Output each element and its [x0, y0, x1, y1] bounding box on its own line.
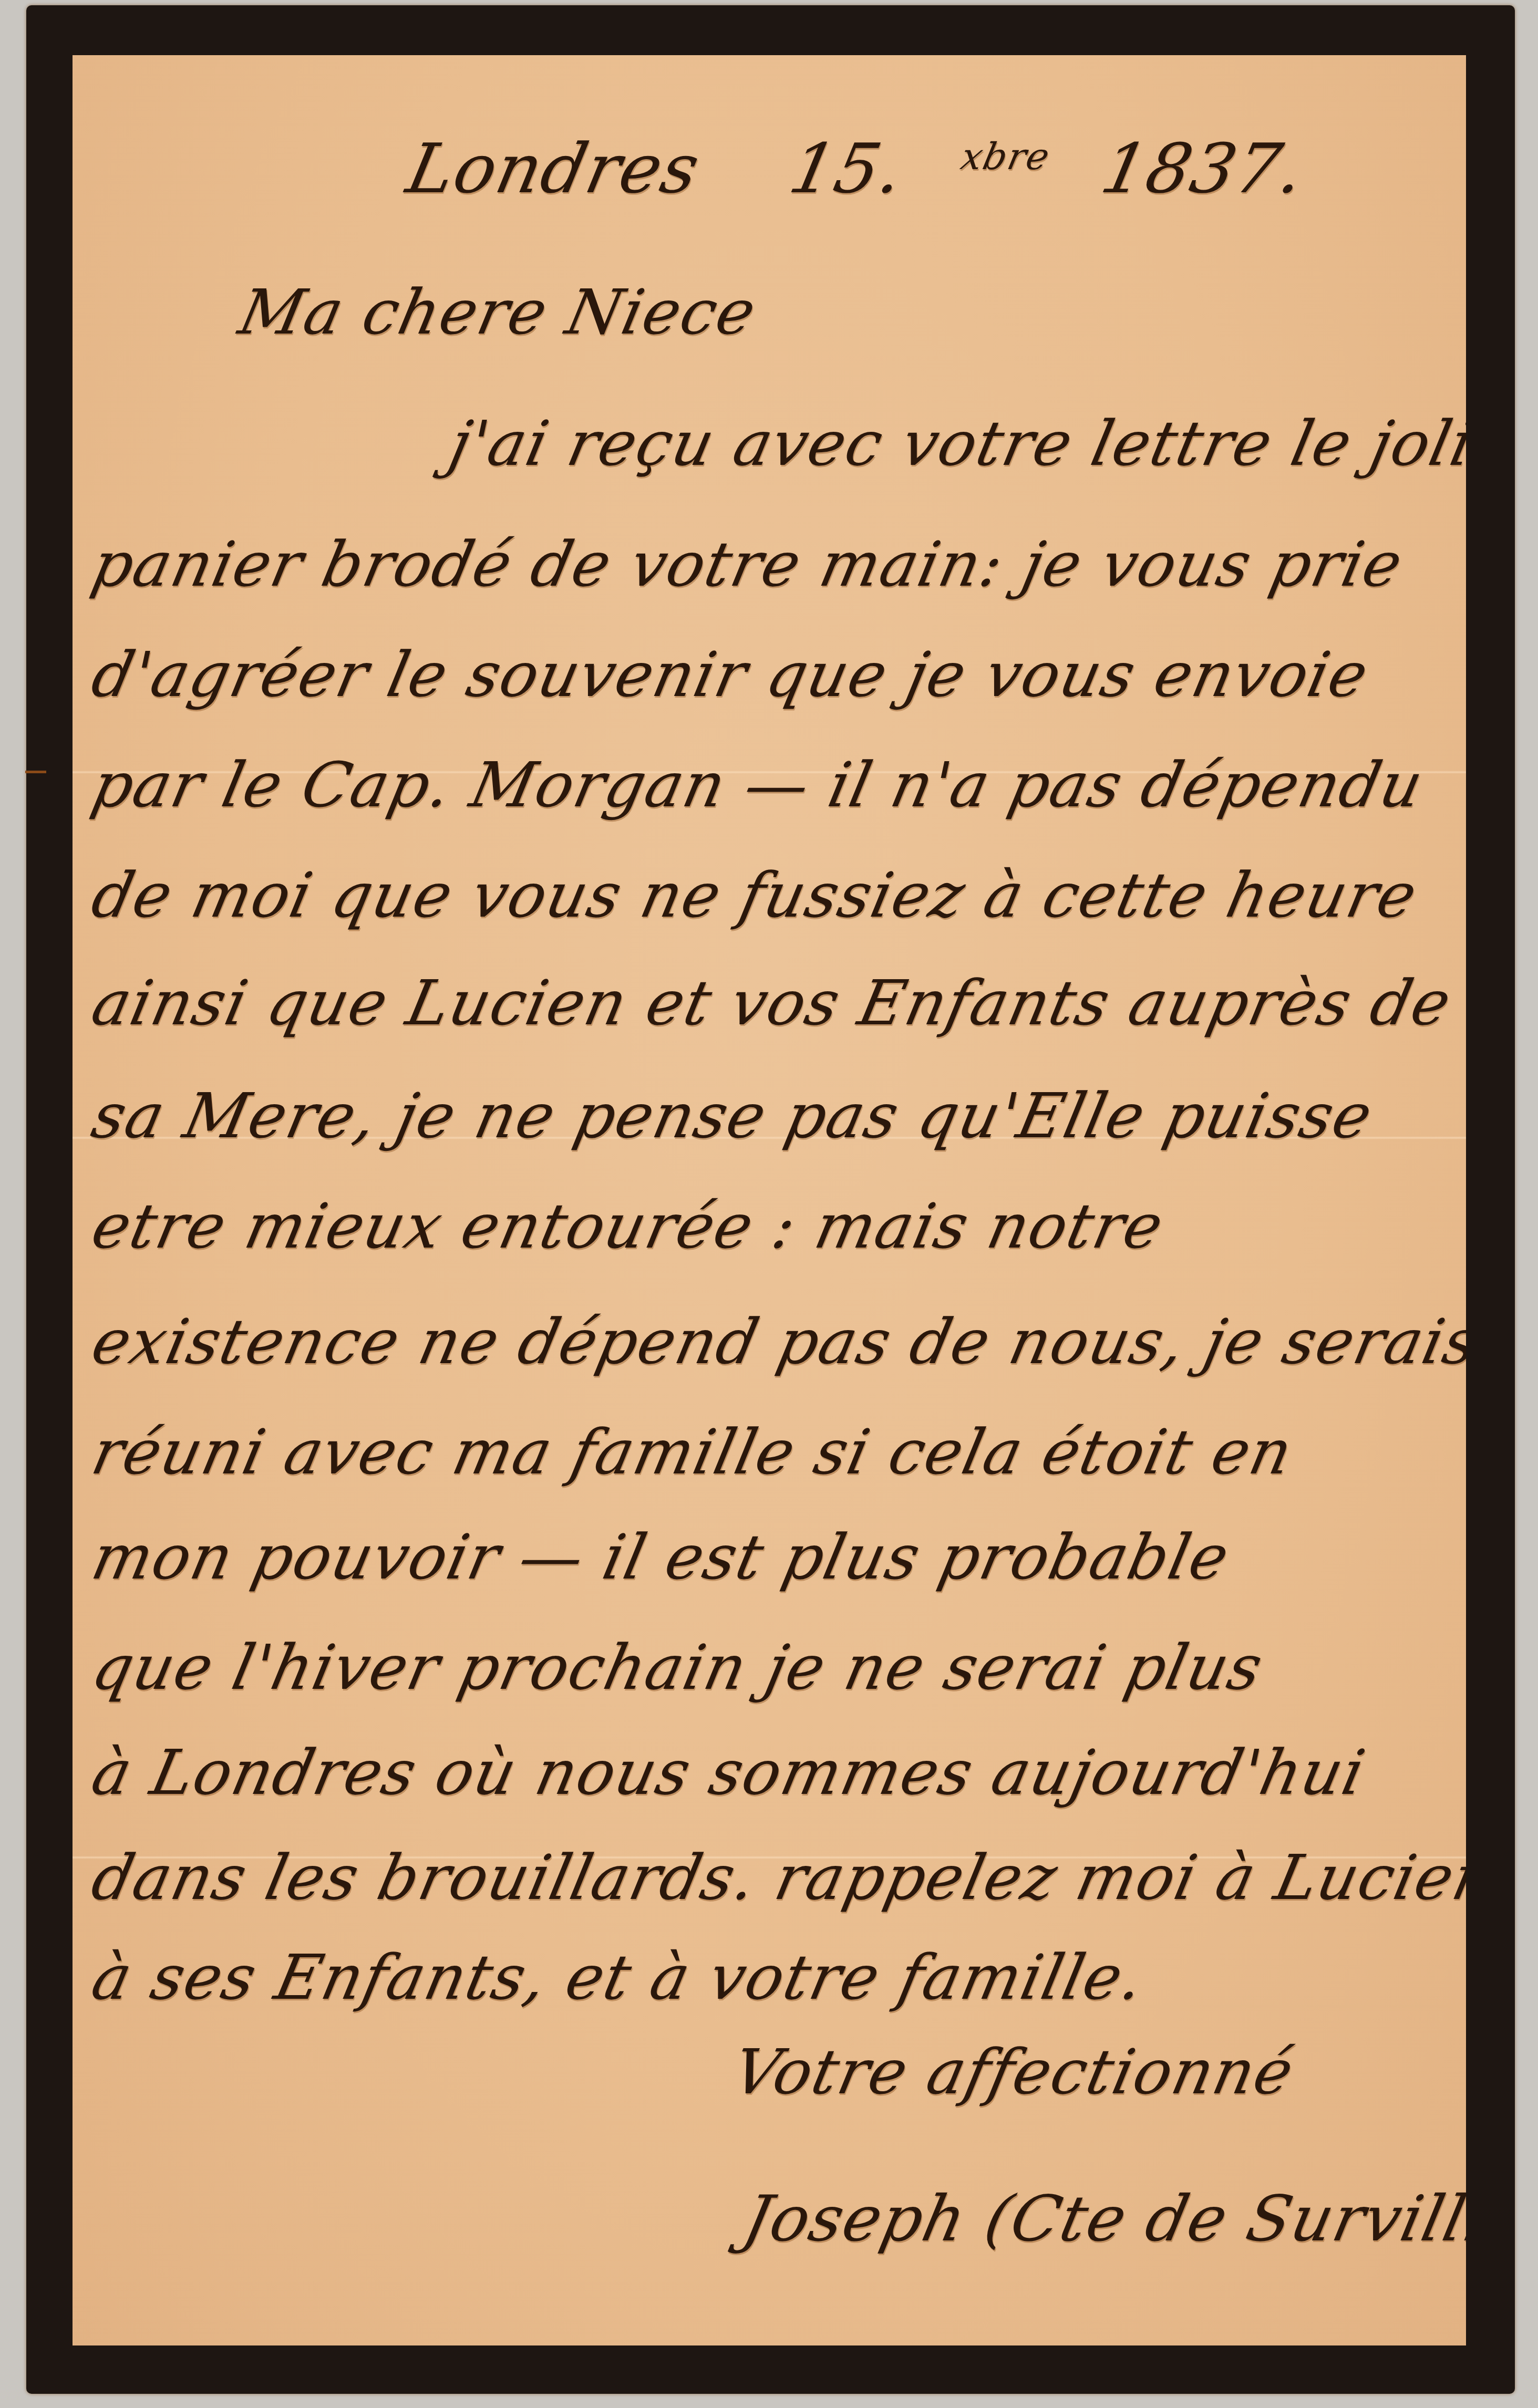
body-line: existence ne dépend pas de nous, je sera… [86, 1305, 1466, 1378]
body-line: de moi que vous ne fussiez à cette heure [86, 859, 1423, 931]
body-line: dans les brouillards. rappelez moi à Luc… [86, 1841, 1466, 1914]
body-line: j'ai reçu avec votre lettre le joli [443, 407, 1466, 480]
body-line: ainsi que Lucien et vos Enfants auprès d… [86, 967, 1458, 1039]
date-line: Londres 15. xbre 1837. [400, 129, 1313, 209]
fold-notch [25, 771, 46, 773]
date-year: 1837. [1095, 129, 1312, 209]
body-line: que l'hiver prochain je ne serai plus [86, 1631, 1269, 1704]
body-line: réuni avec ma famille si cela étoit en [86, 1416, 1299, 1488]
greeting: Ma chere Niece [233, 276, 762, 348]
letter-sheet: Londres 15. xbre 1837. Ma chere Niece j'… [26, 5, 1515, 2394]
body-line: mon pouvoir — il est plus probable [86, 1521, 1236, 1593]
letter-paper: Londres 15. xbre 1837. Ma chere Niece j'… [73, 55, 1466, 2345]
closing: Votre affectionné [727, 2036, 1300, 2108]
body-line: à Londres où nous sommes aujourd'hui [86, 1736, 1371, 1809]
body-line: panier brodé de votre main: je vous prie [86, 528, 1409, 600]
date-month: xbre [957, 135, 1055, 178]
date-day: 15. [783, 129, 912, 209]
date-place: Londres [400, 129, 707, 209]
body-line: d'agréer le souvenir que je vous envoie [86, 638, 1375, 711]
body-line: etre mieux entourée : mais notre [86, 1190, 1170, 1262]
body-line: par le Cap. Morgan — il n'a pas dépendu [86, 749, 1430, 821]
body-line: sa Mere, je ne pense pas qu'Elle puisse [86, 1080, 1379, 1152]
body-line: à ses Enfants, et à votre famille. [86, 1941, 1151, 2013]
signature: Joseph (Cte de Survilliers) [737, 2183, 1466, 2256]
